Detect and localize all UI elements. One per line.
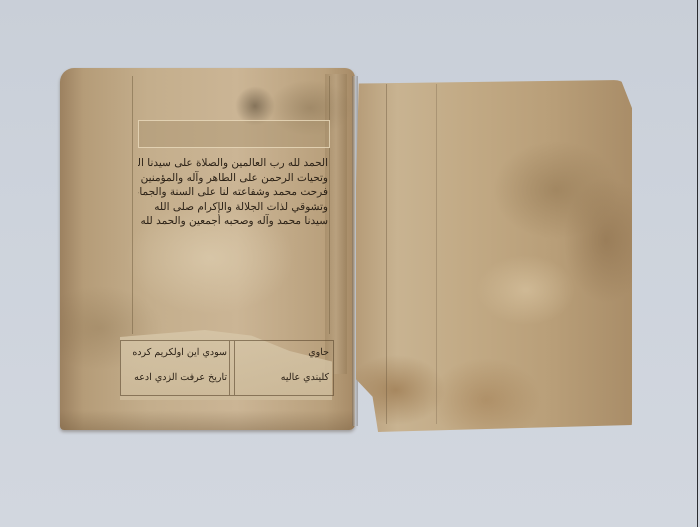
manuscript-left-leaf: الحمد لله رب العالمين والصلاة على سيدنا …	[60, 68, 355, 430]
colophon-text: سودي اين اولكريم كرده	[125, 347, 227, 358]
manuscript-right-leaf	[356, 80, 632, 432]
text-line: وتشوقي لذات الجلالة والإكرام صلى الله	[138, 200, 328, 215]
frayed-edge	[60, 410, 355, 430]
colophon-divider	[229, 341, 235, 395]
header-band	[138, 120, 330, 148]
text-line: فرحت محمد وشفاعته لنا على السنة والجماعة	[138, 185, 328, 200]
colophon-text: كليندي عاليه	[237, 372, 329, 383]
text-line: سيدنا محمد وآله وصحبه أجمعين والحمد لله	[138, 214, 328, 229]
colophon-text: حاوي	[237, 347, 329, 358]
fold-line	[436, 84, 437, 424]
colophon-text: تاريخ عرفت الزدي ادعه	[125, 372, 227, 383]
image-edge-line	[697, 0, 698, 527]
fold-line	[386, 84, 387, 424]
text-line: الحمد لله رب العالمين والصلاة على سيدنا …	[138, 156, 328, 171]
text-line: وتحيات الرحمن على الطاهر وآله والمؤمنين	[138, 171, 328, 186]
manuscript-text: الحمد لله رب العالمين والصلاة على سيدنا …	[138, 156, 328, 229]
colophon-box: سودي اين اولكريم كرده تاريخ عرفت الزدي ا…	[120, 340, 334, 396]
